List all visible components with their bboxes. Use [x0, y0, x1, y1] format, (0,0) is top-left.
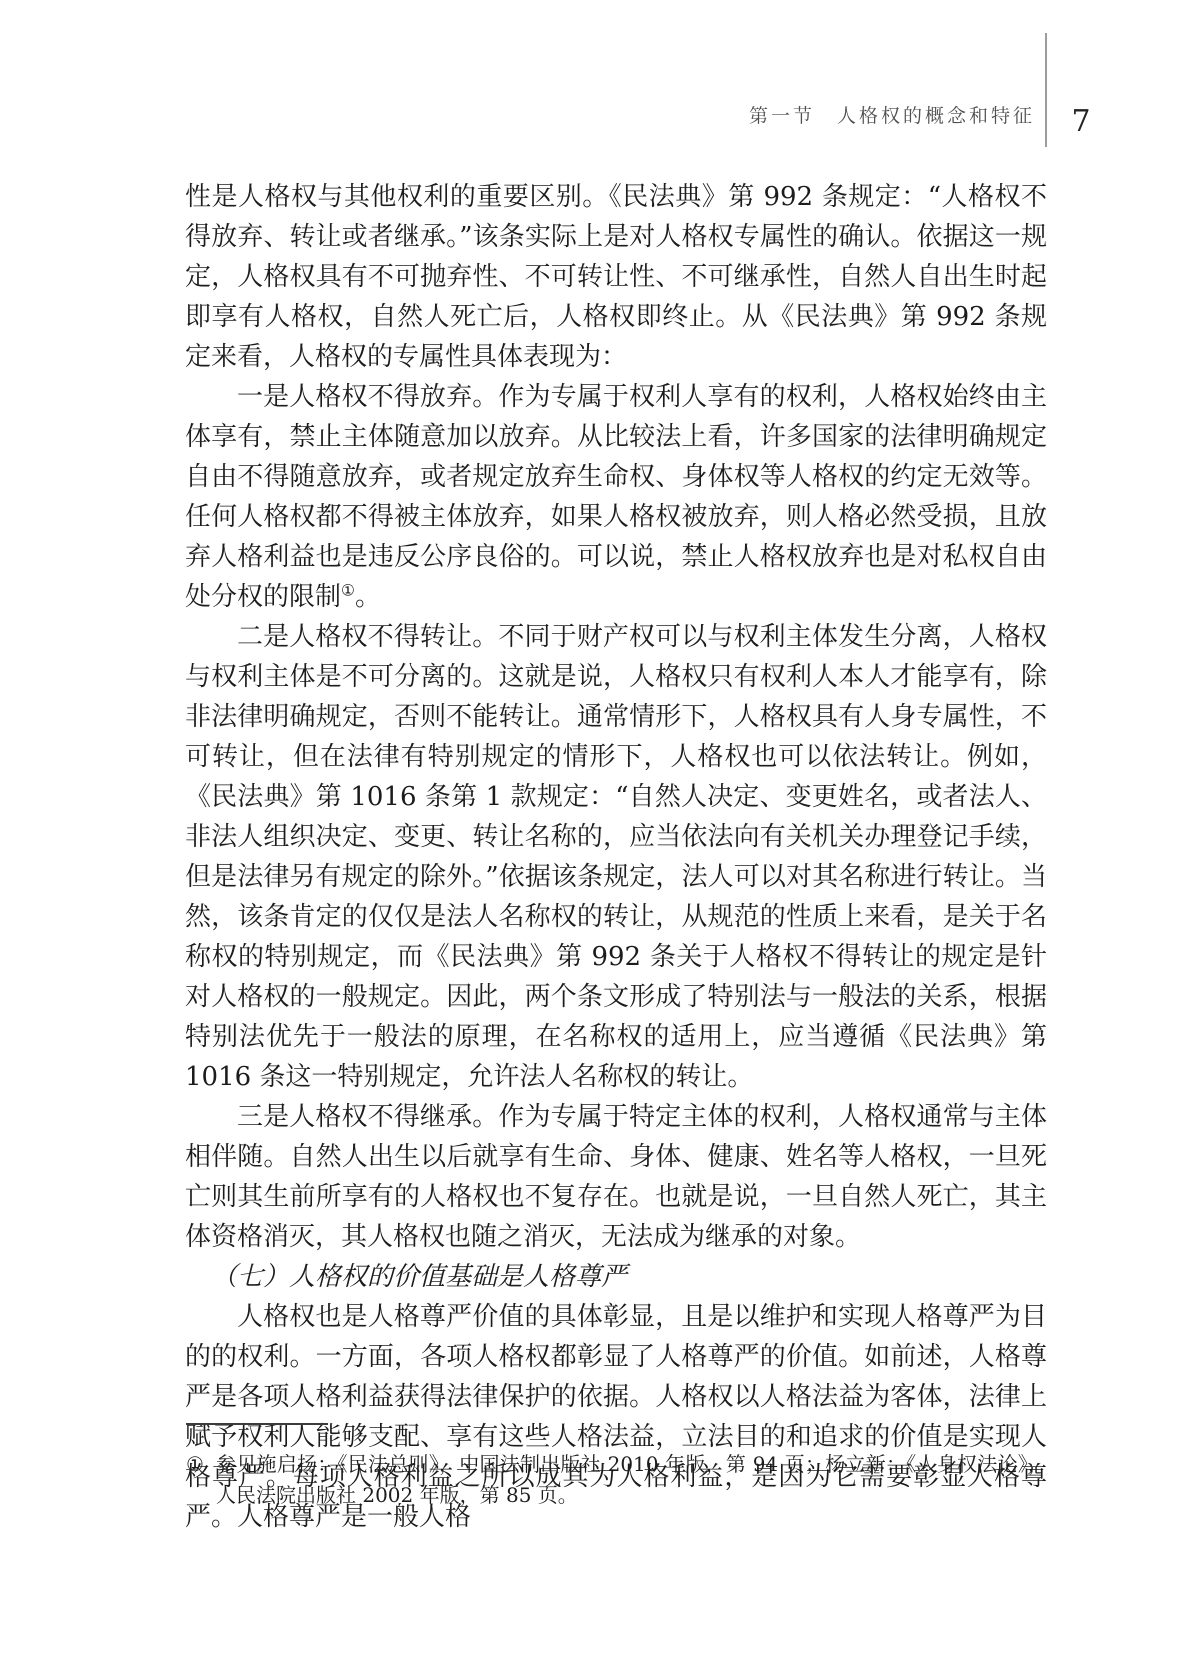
body-text: 性是人格权与其他权利的重要区别。《民法典》第 992 条规定：“人格权不得放弃、…: [185, 177, 1047, 1537]
footnote-reference: ①: [341, 581, 355, 599]
subsection-heading: （七）人格权的价值基础是人格尊严: [185, 1257, 1047, 1297]
footnote-text: 参见施启扬：《民法总则》，中国法制出版社 2010 年版，第 94 页；杨立新：…: [216, 1449, 1048, 1511]
paragraph: 二是人格权不得转让。不同于财产权可以与权利主体发生分离，人格权与权利主体是不可分…: [185, 617, 1047, 1097]
footnote-separator-rule: [186, 1423, 328, 1425]
paragraph: 一是人格权不得放弃。作为专属于权利人享有的权利，人格权始终由主体享有，禁止主体随…: [185, 377, 1047, 617]
book-page: 第一节 人格权的概念和特征 7 性是人格权与其他权利的重要区别。《民法典》第 9…: [0, 0, 1203, 1675]
paragraph: 三是人格权不得继承。作为专属于特定主体的权利，人格权通常与主体相伴随。自然人出生…: [185, 1097, 1047, 1257]
header-divider-line: [1045, 33, 1047, 147]
paragraph: 性是人格权与其他权利的重要区别。《民法典》第 992 条规定：“人格权不得放弃、…: [185, 177, 1047, 377]
footnote: ① 参见施启扬：《民法总则》，中国法制出版社 2010 年版，第 94 页；杨立…: [186, 1449, 1048, 1511]
footnote-marker: ①: [186, 1449, 216, 1511]
running-head-section-title: 第一节 人格权的概念和特征: [749, 101, 1035, 128]
page-number: 7: [1058, 104, 1104, 139]
